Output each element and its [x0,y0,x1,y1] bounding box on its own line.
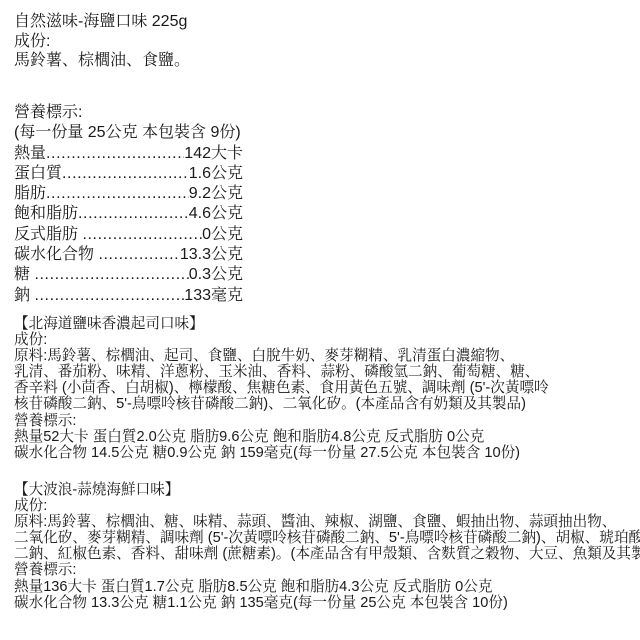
nutrient-value: 0公克 [202,225,243,245]
ingredient-line: 核苷磷酸二鈉、5'-鳥嘌呤核苷磷酸二鈉)、二氧化矽。(本產品含有奶類及其製品) [14,396,549,412]
dot-leader [46,144,184,164]
dot-leader [82,225,202,245]
dot-leader [34,286,184,306]
product2-section: 【北海道鹽味香濃起司口味】 成份: 原料:馬鈴薯、棕櫚油、起司、食鹽、白脫牛奶、… [14,316,549,461]
product1-ingredients-label: 成份: [14,32,190,52]
ingredient-line: 原料:馬鈴薯、棕櫚油、起司、食鹽、白脫牛奶、麥芽糊精、乳清蛋白濃縮物、 [14,348,549,364]
nutrition-line: 碳水化合物 13.3公克 糖1.1公克 鈉 135毫克(每一份量 25公克 本包… [14,595,640,611]
nutrition-row: 鈉 133毫克 [14,286,243,306]
page: { "page": {"background": "#ffffff", "tex… [0,0,640,640]
ingredient-line: 二鈉、紅椒色素、香料、甜味劑 (蔗糖素)。(本產品含有甲殼類、含麩質之穀物、大豆… [14,546,640,562]
ingredient-line: 二氧化矽、麥芽糊精、調味劑 (5'-次黃嘌呤核苷磷酸二鈉、5'-鳥嘌呤核苷磷酸二… [14,530,640,546]
dot-leader [46,184,189,204]
product2-ingredients-label: 成份: [14,332,549,348]
ingredient-line: 乳清、番茄粉、味精、洋蔥粉、玉米油、香料、蒜粉、磷酸氫二鈉、葡萄糖、糖、 [14,364,549,380]
dot-leader [78,204,189,224]
dot-leader [98,245,179,265]
nutrition-row: 反式脂肪 0公克 [14,225,243,245]
nutrient-name: 鈉 [14,286,34,306]
nutrition-row: 蛋白質1.6公克 [14,164,243,184]
product1-section: 自然滋味-海鹽口味 225g 成份: 馬鈴薯、棕櫚油、食鹽。 [14,12,190,71]
product1-ingredients: 馬鈴薯、棕櫚油、食鹽。 [14,51,190,71]
nutrient-name: 飽和脂肪 [14,204,78,224]
nutrient-value: 133毫克 [184,286,243,306]
nutrient-name: 脂肪 [14,184,46,204]
nutrition-line: 熱量52大卡 蛋白質2.0公克 脂肪9.6公克 飽和脂肪4.8公克 反式脂肪 0… [14,429,549,445]
product1-nutrition-table: 營養標示: (每一份量 25公克 本包裝含 9份) 熱量142大卡 蛋白質1.6… [14,103,243,306]
nutrition-row: 糖 0.3公克 [14,265,243,285]
nutrient-value: 4.6公克 [189,204,243,224]
dot-leader [62,164,189,184]
ingredient-line: 原料:馬鈴薯、棕櫚油、糖、味精、蒜頭、醬油、辣椒、湖鹽、食鹽、蝦抽出物、蒜頭抽出… [14,514,640,530]
nutrient-name: 碳水化合物 [14,245,98,265]
serving-info: (每一份量 25公克 本包裝含 9份) [14,123,243,143]
nutrition-line: 熱量136大卡 蛋白質1.7公克 脂肪8.5公克 飽和脂肪4.3公克 反式脂肪 … [14,579,640,595]
nutrient-name: 反式脂肪 [14,225,82,245]
nutrition-label: 營養標示: [14,562,640,578]
product1-title: 自然滋味-海鹽口味 225g [14,12,190,32]
product3-title: 【大波浪-蒜燒海鮮口味】 [14,482,640,498]
nutrient-name: 糖 [14,265,34,285]
nutrition-row: 熱量142大卡 [14,144,243,164]
nutrition-row: 碳水化合物 13.3公克 [14,245,243,265]
nutrient-name: 熱量 [14,144,46,164]
nutrient-value: 1.6公克 [189,164,243,184]
nutrient-value: 0.3公克 [189,265,243,285]
product3-ingredients-label: 成份: [14,498,640,514]
product3-section: 【大波浪-蒜燒海鮮口味】 成份: 原料:馬鈴薯、棕櫚油、糖、味精、蒜頭、醬油、辣… [14,482,640,611]
dot-leader [34,265,188,285]
ingredient-line: 香辛料 (小茴香、白胡椒)、檸檬酸、焦糖色素、食用黃色五號、調味劑 (5'-次黃… [14,380,549,396]
nutrient-value: 142大卡 [184,144,243,164]
nutrition-row: 飽和脂肪4.6公克 [14,204,243,224]
product2-title: 【北海道鹽味香濃起司口味】 [14,316,549,332]
nutrition-label: 營養標示: [14,103,243,123]
nutrition-line: 碳水化合物 14.5公克 糖0.9公克 鈉 159毫克(每一份量 27.5公克 … [14,445,549,461]
nutrient-value: 13.3公克 [180,245,243,265]
nutrient-name: 蛋白質 [14,164,62,184]
nutrient-value: 9.2公克 [189,184,243,204]
nutrition-row: 脂肪9.2公克 [14,184,243,204]
nutrition-label: 營養標示: [14,413,549,429]
